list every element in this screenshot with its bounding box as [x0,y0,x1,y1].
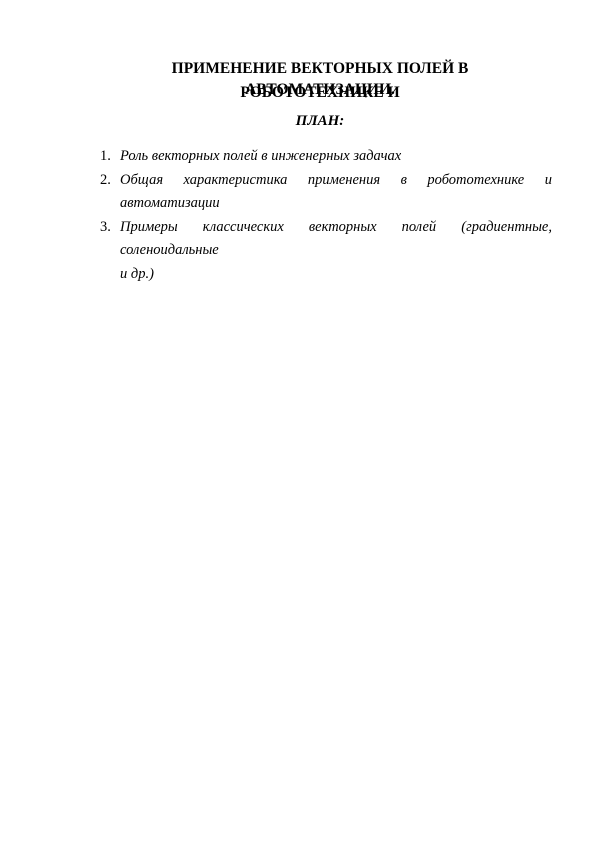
plan-item-text: Роль векторных полей в инженерных задача… [120,148,401,164]
plan-item-text-line-2: автоматизации [120,192,552,216]
plan-item-number: 2. [100,169,111,193]
plan-item-number: 1. [100,145,111,169]
plan-item-text-line-2: и др.) [120,263,552,287]
plan-item-2: 2. Общая характеристика применения в роб… [100,169,552,216]
word: Общая [120,169,163,193]
plan-item-3: 3. Примеры классических векторных полей … [100,216,552,287]
plan-heading: ПЛАН: [100,109,540,133]
plan-item-number: 3. [100,216,111,240]
word: применения [308,169,380,193]
word: и [545,169,552,193]
document-title-line-2: АВТОМАТИЗАЦИИ. [100,78,540,102]
plan-list: 1. Роль векторных полей в инженерных зад… [100,145,552,286]
plan-item-text-line-1: Примеры классических векторных полей (гр… [120,216,552,263]
word: характеристика [184,169,288,193]
document-page: ПРИМЕНЕНИЕ ВЕКТОРНЫХ ПОЛЕЙ В РОБОТОТЕХНИ… [0,0,596,842]
word: робототехнике [427,169,524,193]
plan-item-1: 1. Роль векторных полей в инженерных зад… [100,145,552,169]
plan-item-text-line-1: Общая характеристика применения в робото… [120,169,552,193]
word: в [401,169,407,193]
